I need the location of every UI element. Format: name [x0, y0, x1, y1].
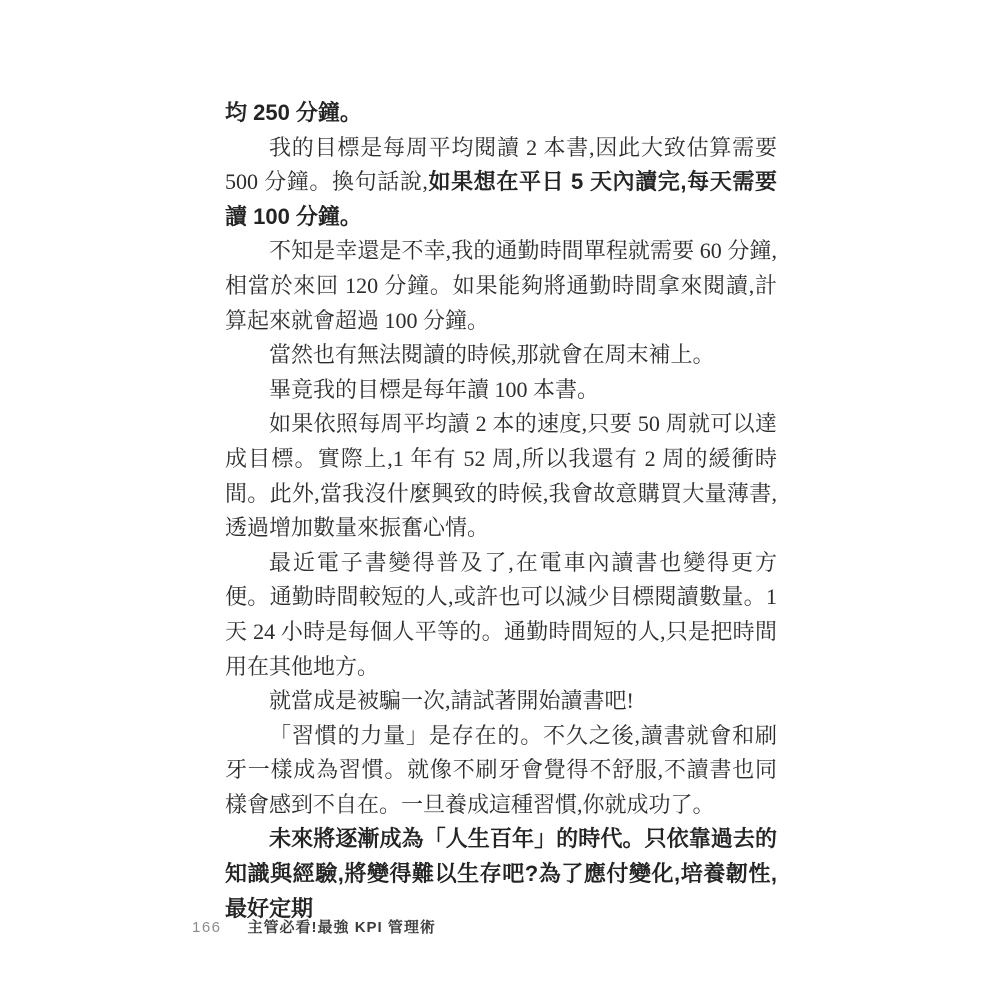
paragraph: 如果依照每周平均讀 2 本的速度,只要 50 周就可以達成目標。實際上,1 年有… [225, 407, 777, 545]
bold-text-run: 未來將逐漸成為「人生百年」的時代。只依靠過去的知識與經驗,將變得難以生存吧?為了… [225, 826, 777, 920]
text-run: 不知是幸還是不幸,我的通勤時間單程就需要 60 分鐘,相當於來回 120 分鐘。… [225, 238, 777, 332]
paragraph: 未來將逐漸成為「人生百年」的時代。只依靠過去的知識與經驗,將變得難以生存吧?為了… [225, 822, 777, 926]
text-run: 就當成是被騙一次,請試著開始讀書吧! [269, 688, 634, 713]
bold-text-run: 均 250 分鐘。 [225, 100, 362, 125]
paragraph: 「習慣的力量」是存在的。不久之後,讀書就會和刷牙一樣成為習慣。就像不刷牙會覺得不… [225, 719, 777, 823]
text-run: 「習慣的力量」是存在的。不久之後,讀書就會和刷牙一樣成為習慣。就像不刷牙會覺得不… [225, 723, 777, 817]
text-run: 如果依照每周平均讀 2 本的速度,只要 50 周就可以達成目標。實際上,1 年有… [225, 411, 777, 540]
page-number: 166 [192, 919, 222, 936]
paragraph: 不知是幸還是不幸,我的通勤時間單程就需要 60 分鐘,相當於來回 120 分鐘。… [225, 234, 777, 338]
book-page: 均 250 分鐘。我的目標是每周平均閱讀 2 本書,因此大致估算需要 500 分… [0, 0, 1000, 1000]
text-run: 畢竟我的目標是每年讀 100 本書。 [269, 377, 599, 402]
paragraph: 畢竟我的目標是每年讀 100 本書。 [225, 373, 777, 408]
text-run: 最近電子書變得普及了,在電車內讀書也變得更方便。通勤時間較短的人,或許也可以減少… [225, 550, 777, 679]
text-run: 當然也有無法閱讀的時候,那就會在周末補上。 [269, 342, 715, 367]
paragraph: 我的目標是每周平均閱讀 2 本書,因此大致估算需要 500 分鐘。換句話說,如果… [225, 131, 777, 235]
paragraph: 當然也有無法閱讀的時候,那就會在周末補上。 [225, 338, 777, 373]
book-title: 主管必看!最強 KPI 管理術 [248, 916, 436, 937]
paragraph: 就當成是被騙一次,請試著開始讀書吧! [225, 684, 777, 719]
page-footer: 166 主管必看!最強 KPI 管理術 [192, 916, 436, 937]
paragraph: 最近電子書變得普及了,在電車內讀書也變得更方便。通勤時間較短的人,或許也可以減少… [225, 546, 777, 684]
body-text: 均 250 分鐘。我的目標是每周平均閱讀 2 本書,因此大致估算需要 500 分… [225, 96, 777, 926]
paragraph: 均 250 分鐘。 [225, 96, 777, 131]
